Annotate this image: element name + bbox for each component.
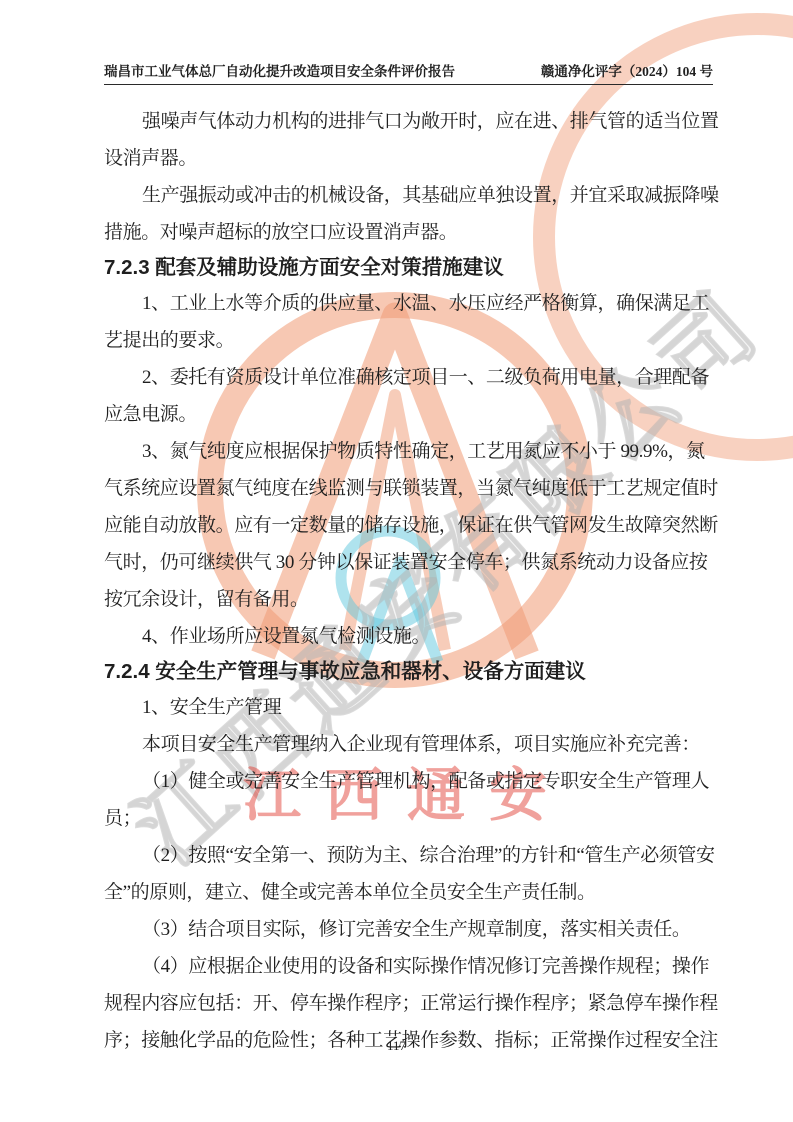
- text-line: 气系统应设置氮气纯度在线监测与联锁装置，当氮气纯度低于工艺规定值时: [104, 470, 713, 507]
- text-line: 措施。对噪声超标的放空口应设置消声器。: [104, 214, 713, 251]
- text-line: 设消声器。: [104, 140, 713, 177]
- text-line: 按冗余设计，留有备用。: [104, 581, 713, 618]
- document-page: 江西通安有限公司 江西通安 瑞昌市工业气体总厂自动化提升改造项目安全条件评价报告…: [0, 0, 793, 1122]
- section-heading: 7.2.4 安全生产管理与事故应急和器材、设备方面建议: [104, 655, 713, 689]
- header-report-title: 瑞昌市工业气体总厂自动化提升改造项目安全条件评价报告: [104, 60, 455, 80]
- text-line: 艺提出的要求。: [104, 322, 713, 359]
- text-line: 本项目安全生产管理纳入企业现有管理体系，项目实施应补充完善：: [104, 726, 713, 763]
- text-line: 全”的原则，建立、健全或完善本单位全员安全生产责任制。: [104, 874, 713, 911]
- document-content: 瑞昌市工业气体总厂自动化提升改造项目安全条件评价报告 赣通净化评字（2024）1…: [0, 0, 793, 1122]
- text-line: （3）结合项目实际，修订完善安全生产规章制度，落实相关责任。: [104, 911, 713, 948]
- text-line: 员；: [104, 800, 713, 837]
- text-line: 4、作业场所应设置氮气检测设施。: [104, 618, 713, 655]
- section-heading: 7.2.3 配套及辅助设施方面安全对策措施建议: [104, 251, 713, 285]
- text-line: 3、氮气纯度应根据保护物质特性确定，工艺用氮应不小于 99.9%，氮: [104, 433, 713, 470]
- header-document-number: 赣通净化评字（2024）104 号: [541, 60, 713, 80]
- text-line: 应能自动放散。应有一定数量的储存设施，保证在供气管网发生故障突然断: [104, 507, 713, 544]
- page-number: 117: [387, 1038, 406, 1053]
- text-line: （2）按照“安全第一、预防为主、综合治理”的方针和“管生产必须管安: [104, 837, 713, 874]
- text-line: 强噪声气体动力机构的进排气口为敞开时，应在进、排气管的适当位置: [104, 103, 713, 140]
- page-header: 瑞昌市工业气体总厂自动化提升改造项目安全条件评价报告 赣通净化评字（2024）1…: [104, 60, 713, 85]
- text-line: 1、安全生产管理: [104, 689, 713, 726]
- text-line: 生产强振动或冲击的机械设备，其基础应单独设置，并宜采取减振降噪: [104, 177, 713, 214]
- text-line: 应急电源。: [104, 396, 713, 433]
- text-line: 1、工业上水等介质的供应量、水温、水压应经严格衡算，确保满足工: [104, 285, 713, 322]
- page-footer: 117: [0, 1038, 793, 1054]
- text-line: （4）应根据企业使用的设备和实际操作情况修订完善操作规程；操作: [104, 948, 713, 985]
- text-line: 2、委托有资质设计单位准确核定项目一、二级负荷用电量，合理配备: [104, 359, 713, 396]
- text-line: 气时，仍可继续供气 30 分钟以保证装置安全停车；供氮系统动力设备应按: [104, 544, 713, 581]
- text-line: 规程内容应包括：开、停车操作程序；正常运行操作程序；紧急停车操作程: [104, 985, 713, 1022]
- text-line: （1）健全或完善安全生产管理机构，配备或指定专职安全生产管理人: [104, 763, 713, 800]
- document-body: 强噪声气体动力机构的进排气口为敞开时，应在进、排气管的适当位置设消声器。生产强振…: [104, 103, 713, 1059]
